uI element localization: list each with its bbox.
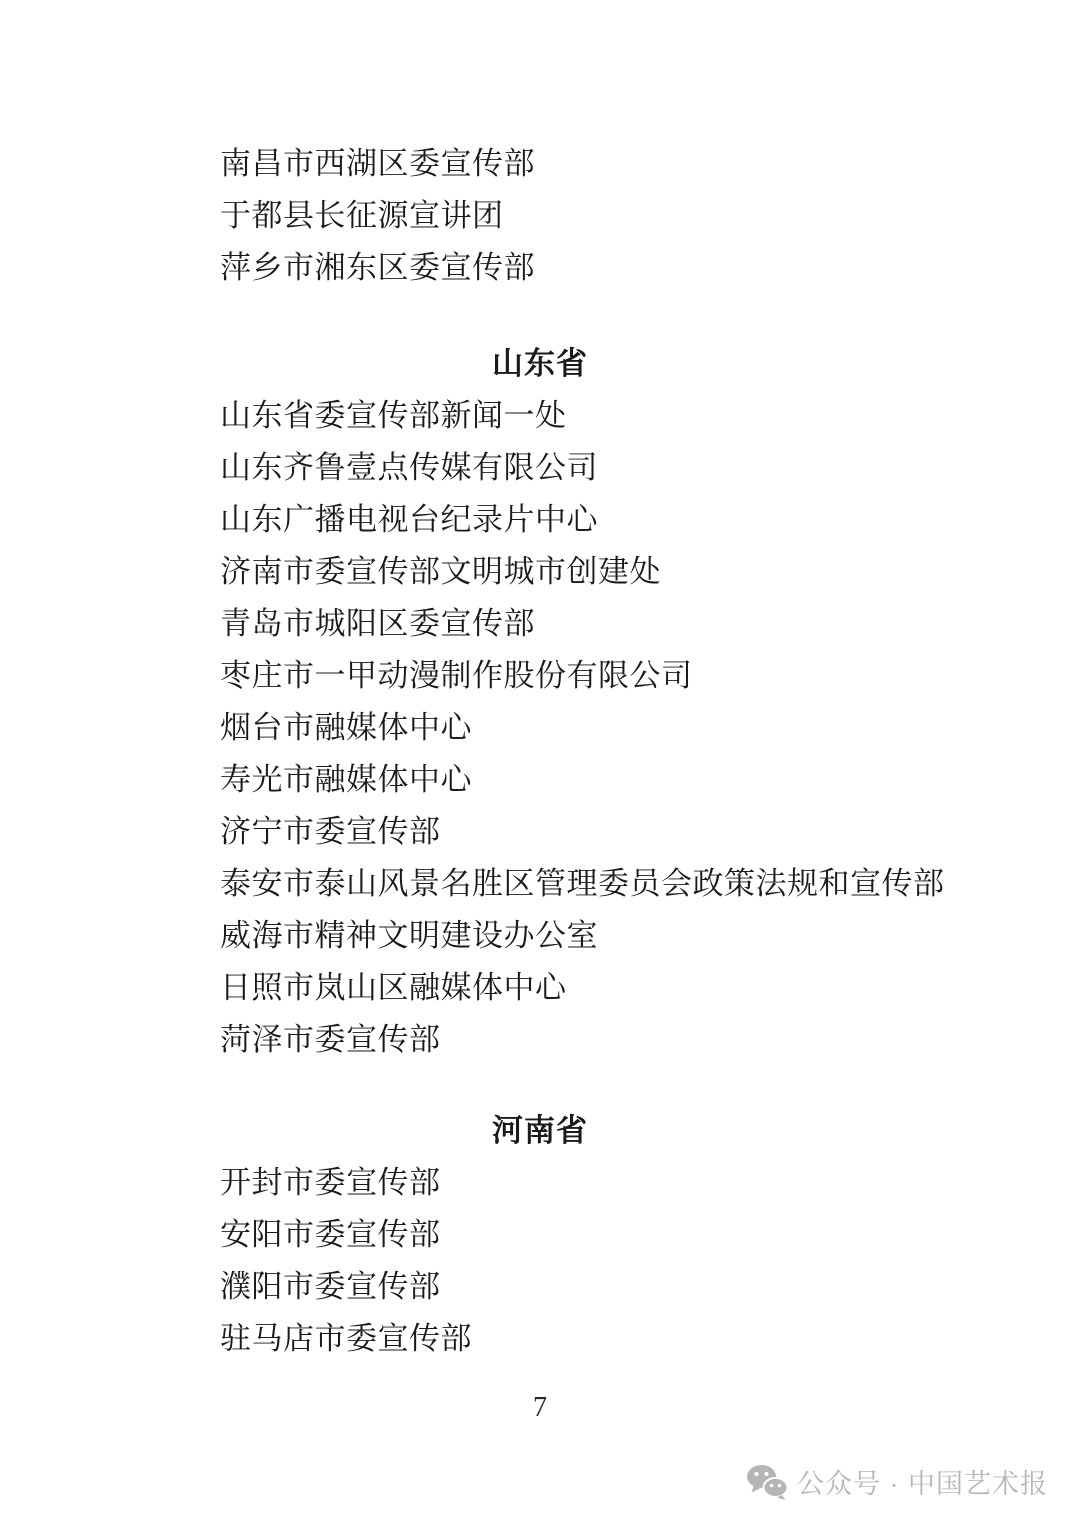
- org-list-item: 开封市委宣传部: [220, 1157, 860, 1209]
- org-list-item: 寿光市融媒体中心: [220, 754, 860, 806]
- wechat-icon: [746, 1464, 788, 1500]
- wechat-watermark: 公众号 · 中国艺术报: [746, 1462, 1048, 1501]
- org-list-item: 南昌市西湖区委宣传部: [220, 138, 860, 190]
- org-list-item: 驻马店市委宣传部: [220, 1313, 860, 1365]
- org-list-item: 济南市委宣传部文明城市创建处: [220, 546, 860, 598]
- org-list-item: 威海市精神文明建设办公室: [220, 910, 860, 962]
- document-body: 南昌市西湖区委宣传部 于都县长征源宣讲团 萍乡市湘东区委宣传部 山东省 山东省委…: [220, 138, 860, 1365]
- org-list-item: 枣庄市一甲动漫制作股份有限公司: [220, 650, 860, 702]
- org-list-item: 青岛市城阳区委宣传部: [220, 598, 860, 650]
- watermark-text: 公众号 · 中国艺术报: [797, 1462, 1048, 1501]
- org-list-item: 山东省委宣传部新闻一处: [220, 390, 860, 442]
- org-list-item: 山东广播电视台纪录片中心: [220, 494, 860, 546]
- org-list-item: 日照市岚山区融媒体中心: [220, 962, 860, 1014]
- org-list-item: 济宁市委宣传部: [220, 806, 860, 858]
- org-list-item: 安阳市委宣传部: [220, 1209, 860, 1261]
- org-list-item: 濮阳市委宣传部: [220, 1261, 860, 1313]
- page-number: 7: [0, 1392, 1080, 1424]
- section-heading-shandong: 山东省: [220, 338, 860, 390]
- org-list-item: 于都县长征源宣讲团: [220, 190, 860, 242]
- section-heading-henan: 河南省: [220, 1105, 860, 1157]
- org-list-item: 烟台市融媒体中心: [220, 702, 860, 754]
- org-list-item: 萍乡市湘东区委宣传部: [220, 242, 860, 294]
- document-page: 南昌市西湖区委宣传部 于都县长征源宣讲团 萍乡市湘东区委宣传部 山东省 山东省委…: [0, 0, 1080, 1526]
- org-list-item: 泰安市泰山风景名胜区管理委员会政策法规和宣传部: [220, 858, 860, 910]
- org-list-item: 山东齐鲁壹点传媒有限公司: [220, 442, 860, 494]
- org-list-item: 菏泽市委宣传部: [220, 1014, 860, 1066]
